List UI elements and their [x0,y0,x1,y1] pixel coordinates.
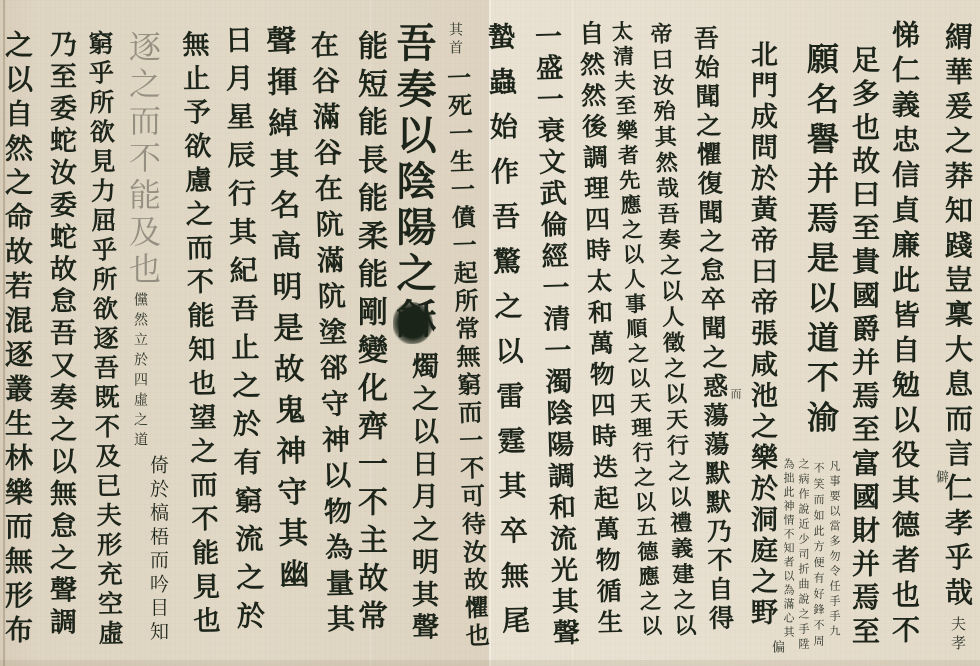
paper-bottom-edge [0,660,980,666]
text-column-19-small: 儻然立於四虛之道 [133,292,147,452]
text-column-2: 悌仁義忠信貞廉此皆自勉以役其德者也不 [890,20,918,650]
text-column-14: 能短能長能柔能剛變化齊一不主故常 [354,30,384,638]
text-column-21: 乃至委蛇汝委蛇故怠吾又奏之以無怠之聲調 [47,30,74,640]
marginal-note-3: 之病作說近少司折曲說之手陞 [798,458,809,653]
text-column-19-faint: 逐之而不能及也 [127,30,159,289]
text-column-12: 一死一生一僨一起所常無窮而一不可待汝故懼也 [444,65,487,651]
text-column-13-lower: 燭之以日月之明其聲 [409,352,436,645]
text-column-1: 緭華爰之莽知踐豈稟大息而言仁孝乎哉 [943,22,971,612]
insertion-note: 而 [730,388,741,399]
marginal-note-4: 為拙此神情不知者以為滿心其 [783,458,794,640]
text-column-10: 一盛一衰文武倫經一清一濁陰陽調和流光其聲 [532,22,578,651]
marginal-note-5: 偏 [770,640,783,653]
text-column-13-large: 吾奏以陰陽之龢 [393,22,433,344]
text-column-4: 願名譽并焉是以道不渝 [805,42,837,440]
text-column-20: 窮乎所欲見力屈乎所欲逐吾既不及已夫形充空虛 [87,30,123,650]
text-column-1-tail: 夫孝 [950,616,965,654]
text-column-15: 在谷滿谷在阬滿阬塗郤守神以物為量其 [308,30,353,641]
ink-blot [393,302,433,344]
text-column-18: 無止予欲慮之而不能知也望之而不能見也 [179,30,218,641]
correction-note: 僻 [934,470,947,483]
marginal-note-1: 凡事要以當多勿令任手手九 [829,460,840,640]
text-column-22: 之以自然之命故若混逐叢生林樂而無形布 [3,30,31,649]
text-column-17: 日月星辰行其紀吾止之於有窮流之於 [223,25,264,640]
text-column-11: 蟄蟲始作吾驚之以雷霆其卒無尾 [485,22,528,651]
calligraphy-scroll: 緭華爰之莽知踐豈稟大息而言仁孝乎哉 夫孝 悌仁義忠信貞廉此皆自勉以役其德者也不 … [0,0,980,666]
text-column-19-lower: 倚於槁梧而吟目知 [148,455,167,645]
marginal-note-2: 不笑而如此方便有好鋒不周 [813,462,824,650]
text-column-5: 北門成問於黃帝曰帝張咸池之樂於洞庭之野 [748,40,775,629]
text-column-12-head: 其首 [448,22,462,58]
text-column-16: 聲揮綽其名高明是故鬼神守其幽 [262,25,306,600]
text-column-6: 吾始聞之懼復聞之怠卒聞之惑蕩蕩默默乃不自得 [692,25,733,634]
text-column-3: 足多也故曰至貴國爵并焉至富國財并焉至 [850,45,878,650]
